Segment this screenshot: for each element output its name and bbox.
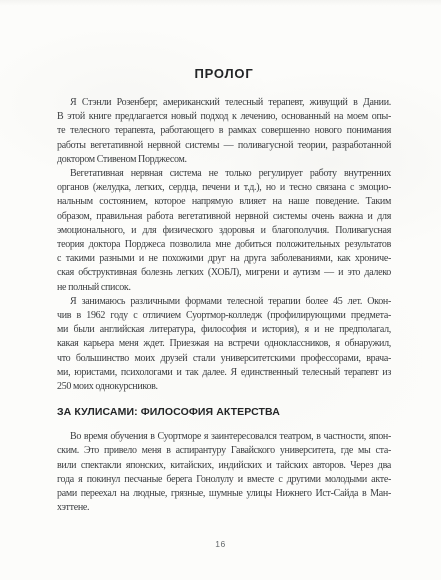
text-line: какая карьера меня ждет. Приезжая на вст…: [57, 337, 391, 351]
text-line: ми, юристами, психологами и так далее. Я…: [57, 366, 391, 380]
text-line: Вегетативная нервная система не только р…: [57, 167, 391, 181]
text-line: нальным состоянием, которое напрямую вли…: [57, 195, 391, 209]
book-page: ПРОЛОГ Я Стэнли Розенберг, американский …: [0, 0, 441, 580]
section-heading: ЗА КУЛИСАМИ: ФИЛОСОФИЯ АКТЕРСТВА: [57, 406, 391, 418]
text-line: доктором Стивеном Порджесом.: [57, 153, 391, 167]
text-line: работы вегетативной нервной системы — по…: [57, 139, 391, 153]
paragraph-2: Вегетативная нервная система не только р…: [57, 167, 391, 295]
text-line: Я Стэнли Розенберг, американский телесны…: [57, 96, 391, 110]
chapter-title: ПРОЛОГ: [57, 66, 391, 81]
text-line: эмоционального, и для физического здоров…: [57, 224, 391, 238]
text-line: 250 моих однокурсников.: [57, 380, 391, 394]
text-line: рами переехал на людные, грязные, шумные…: [57, 487, 391, 501]
text-line: ми были английская литература, философия…: [57, 323, 391, 337]
text-line: Во время обучения в Суортморе я заинтере…: [57, 430, 391, 444]
text-line: хэттене.: [57, 501, 391, 515]
text-line: В этой книге предлагается новый подход к…: [57, 110, 391, 124]
page-number: 16: [0, 539, 441, 549]
text-line: не полный список.: [57, 281, 391, 295]
text-line: Я занимаюсь различными формами телесной …: [57, 295, 391, 309]
text-line: года я покинул песчаные берега Гонолулу …: [57, 473, 391, 487]
text-line: ским. Это привело меня в аспирантуру Гав…: [57, 444, 391, 458]
paragraph-4: Во время обучения в Суортморе я заинтере…: [57, 430, 391, 515]
text-line: вили спектакли японских, китайских, инди…: [57, 459, 391, 473]
text-line: теория доктора Порджеса позволила мне до…: [57, 238, 391, 252]
text-line: с такими разными и не похожими друг на д…: [57, 252, 391, 266]
text-line: те телесного терапевта, работающего в ра…: [57, 124, 391, 138]
page-content: Я Стэнли Розенберг, американский телесны…: [57, 96, 391, 515]
text-line: образом, правильная работа вегетативной …: [57, 210, 391, 224]
text-line: органов (желудка, легких, сердца, печени…: [57, 181, 391, 195]
paragraph-3: Я занимаюсь различными формами телесной …: [57, 295, 391, 394]
text-line: чив в 1962 году с отличием Суортмор-колл…: [57, 309, 391, 323]
text-line: что большинство моих друзей стали универ…: [57, 352, 391, 366]
paragraph-1: Я Стэнли Розенберг, американский телесны…: [57, 96, 391, 167]
text-line: ская обструктивная болезнь легких (ХОБЛ)…: [57, 266, 391, 280]
